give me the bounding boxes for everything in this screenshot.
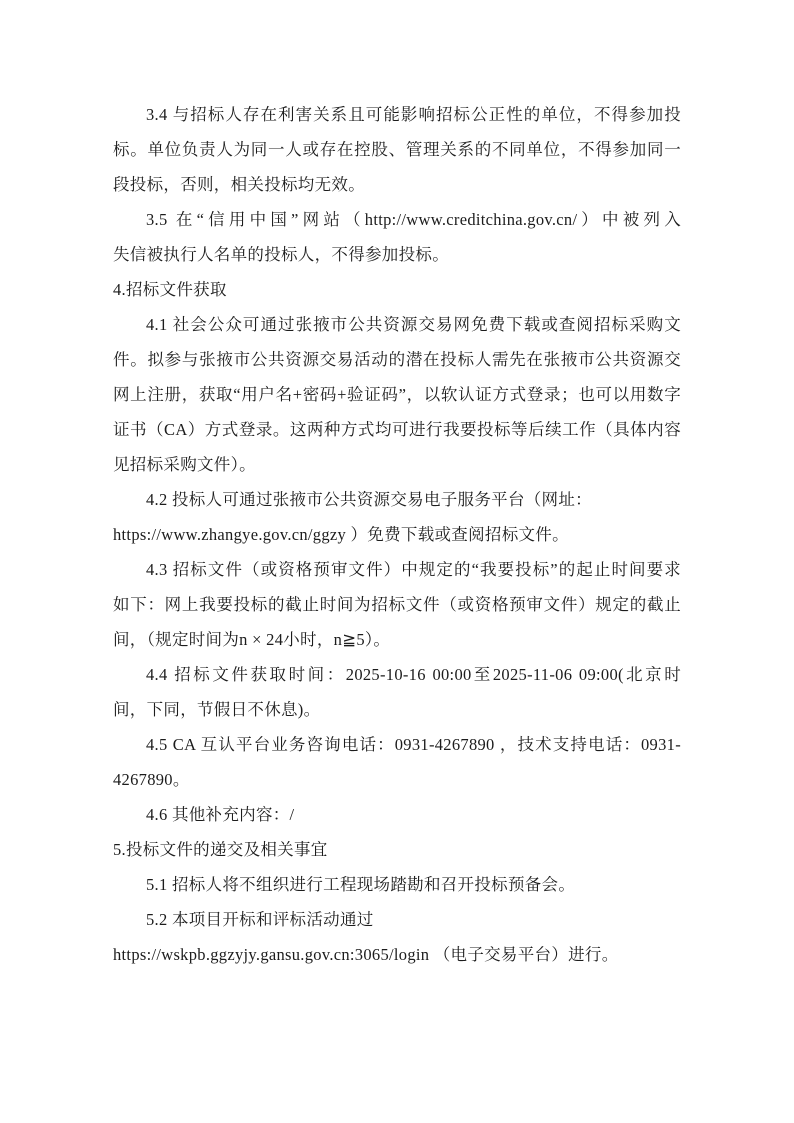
doc-line-clause-4-3-end: 间，（规定时间为n × 24小时，n≧5）。 bbox=[113, 622, 681, 657]
doc-line-clause-4-5-end: 4267890。 bbox=[113, 762, 681, 797]
doc-line-clause-4-4: 4.4 招标文件获取时间：2025-10-16 00:00至2025-11-06… bbox=[113, 657, 681, 692]
doc-line-clause-4-3: 4.3 招标文件（或资格预审文件）中规定的“我要投标”的起止时间要求 bbox=[113, 552, 681, 587]
doc-line-section-5-heading: 5.投标文件的递交及相关事宜 bbox=[113, 832, 681, 867]
doc-line-clause-5-2: 5.2 本项目开标和评标活动通过 bbox=[113, 902, 681, 937]
doc-line-clause-4-1-cont3: 证书（CA）方式登录。这两种方式均可进行我要投标等后续工作（具体内容详 bbox=[113, 412, 681, 447]
doc-line-clause-4-2-url: https://www.zhangye.gov.cn/ggzy ）免费下载或查阅… bbox=[113, 517, 681, 552]
doc-line-clause-5-2-url: https://wskpb.ggzyjy.gansu.gov.cn:3065/l… bbox=[113, 937, 681, 972]
document-page: 3.4 与招标人存在利害关系且可能影响招标公正性的单位，不得参加投 标。单位负责… bbox=[0, 0, 794, 1123]
doc-line-section-4-heading: 4.招标文件获取 bbox=[113, 272, 681, 307]
doc-line-clause-4-1: 4.1 社会公众可通过张掖市公共资源交易网免费下载或查阅招标采购文 bbox=[113, 307, 681, 342]
doc-line-clause-3-5-end: 失信被执行人名单的投标人，不得参加投标。 bbox=[113, 237, 681, 272]
doc-line-clause-4-1-cont2: 网上注册，获取“用户名+密码+验证码”，以软认证方式登录；也可以用数字 bbox=[113, 377, 681, 412]
doc-line-clause-4-5: 4.5 CA 互认平台业务咨询电话：0931-4267890 ，技术支持电话：0… bbox=[113, 727, 681, 762]
document-text-block: 3.4 与招标人存在利害关系且可能影响招标公正性的单位，不得参加投 标。单位负责… bbox=[113, 97, 681, 972]
doc-line-clause-3-4-cont: 标。单位负责人为同一人或存在控股、管理关系的不同单位，不得参加同一标 bbox=[113, 132, 681, 167]
doc-line-clause-4-1-cont: 件。拟参与张掖市公共资源交易活动的潜在投标人需先在张掖市公共资源交易 bbox=[113, 342, 681, 377]
doc-line-clause-3-4-end: 段投标，否则，相关投标均无效。 bbox=[113, 167, 681, 202]
doc-line-clause-4-4-end: 间，下同，节假日不休息)。 bbox=[113, 692, 681, 727]
doc-line-clause-4-6: 4.6 其他补充内容：/ bbox=[113, 797, 681, 832]
doc-line-clause-4-1-end: 见招标采购文件）。 bbox=[113, 447, 681, 482]
doc-line-clause-5-1: 5.1 招标人将不组织进行工程现场踏勘和召开投标预备会。 bbox=[113, 867, 681, 902]
doc-line-clause-3-4: 3.4 与招标人存在利害关系且可能影响招标公正性的单位，不得参加投 bbox=[113, 97, 681, 132]
doc-line-clause-3-5: 3.5 在“信用中国”网站（http://www.creditchina.gov… bbox=[113, 202, 681, 237]
doc-line-clause-4-3-cont: 如下：网上我要投标的截止时间为招标文件（或资格预审文件）规定的截止时 bbox=[113, 587, 681, 622]
doc-line-clause-4-2: 4.2 投标人可通过张掖市公共资源交易电子服务平台（网址： bbox=[113, 482, 681, 517]
